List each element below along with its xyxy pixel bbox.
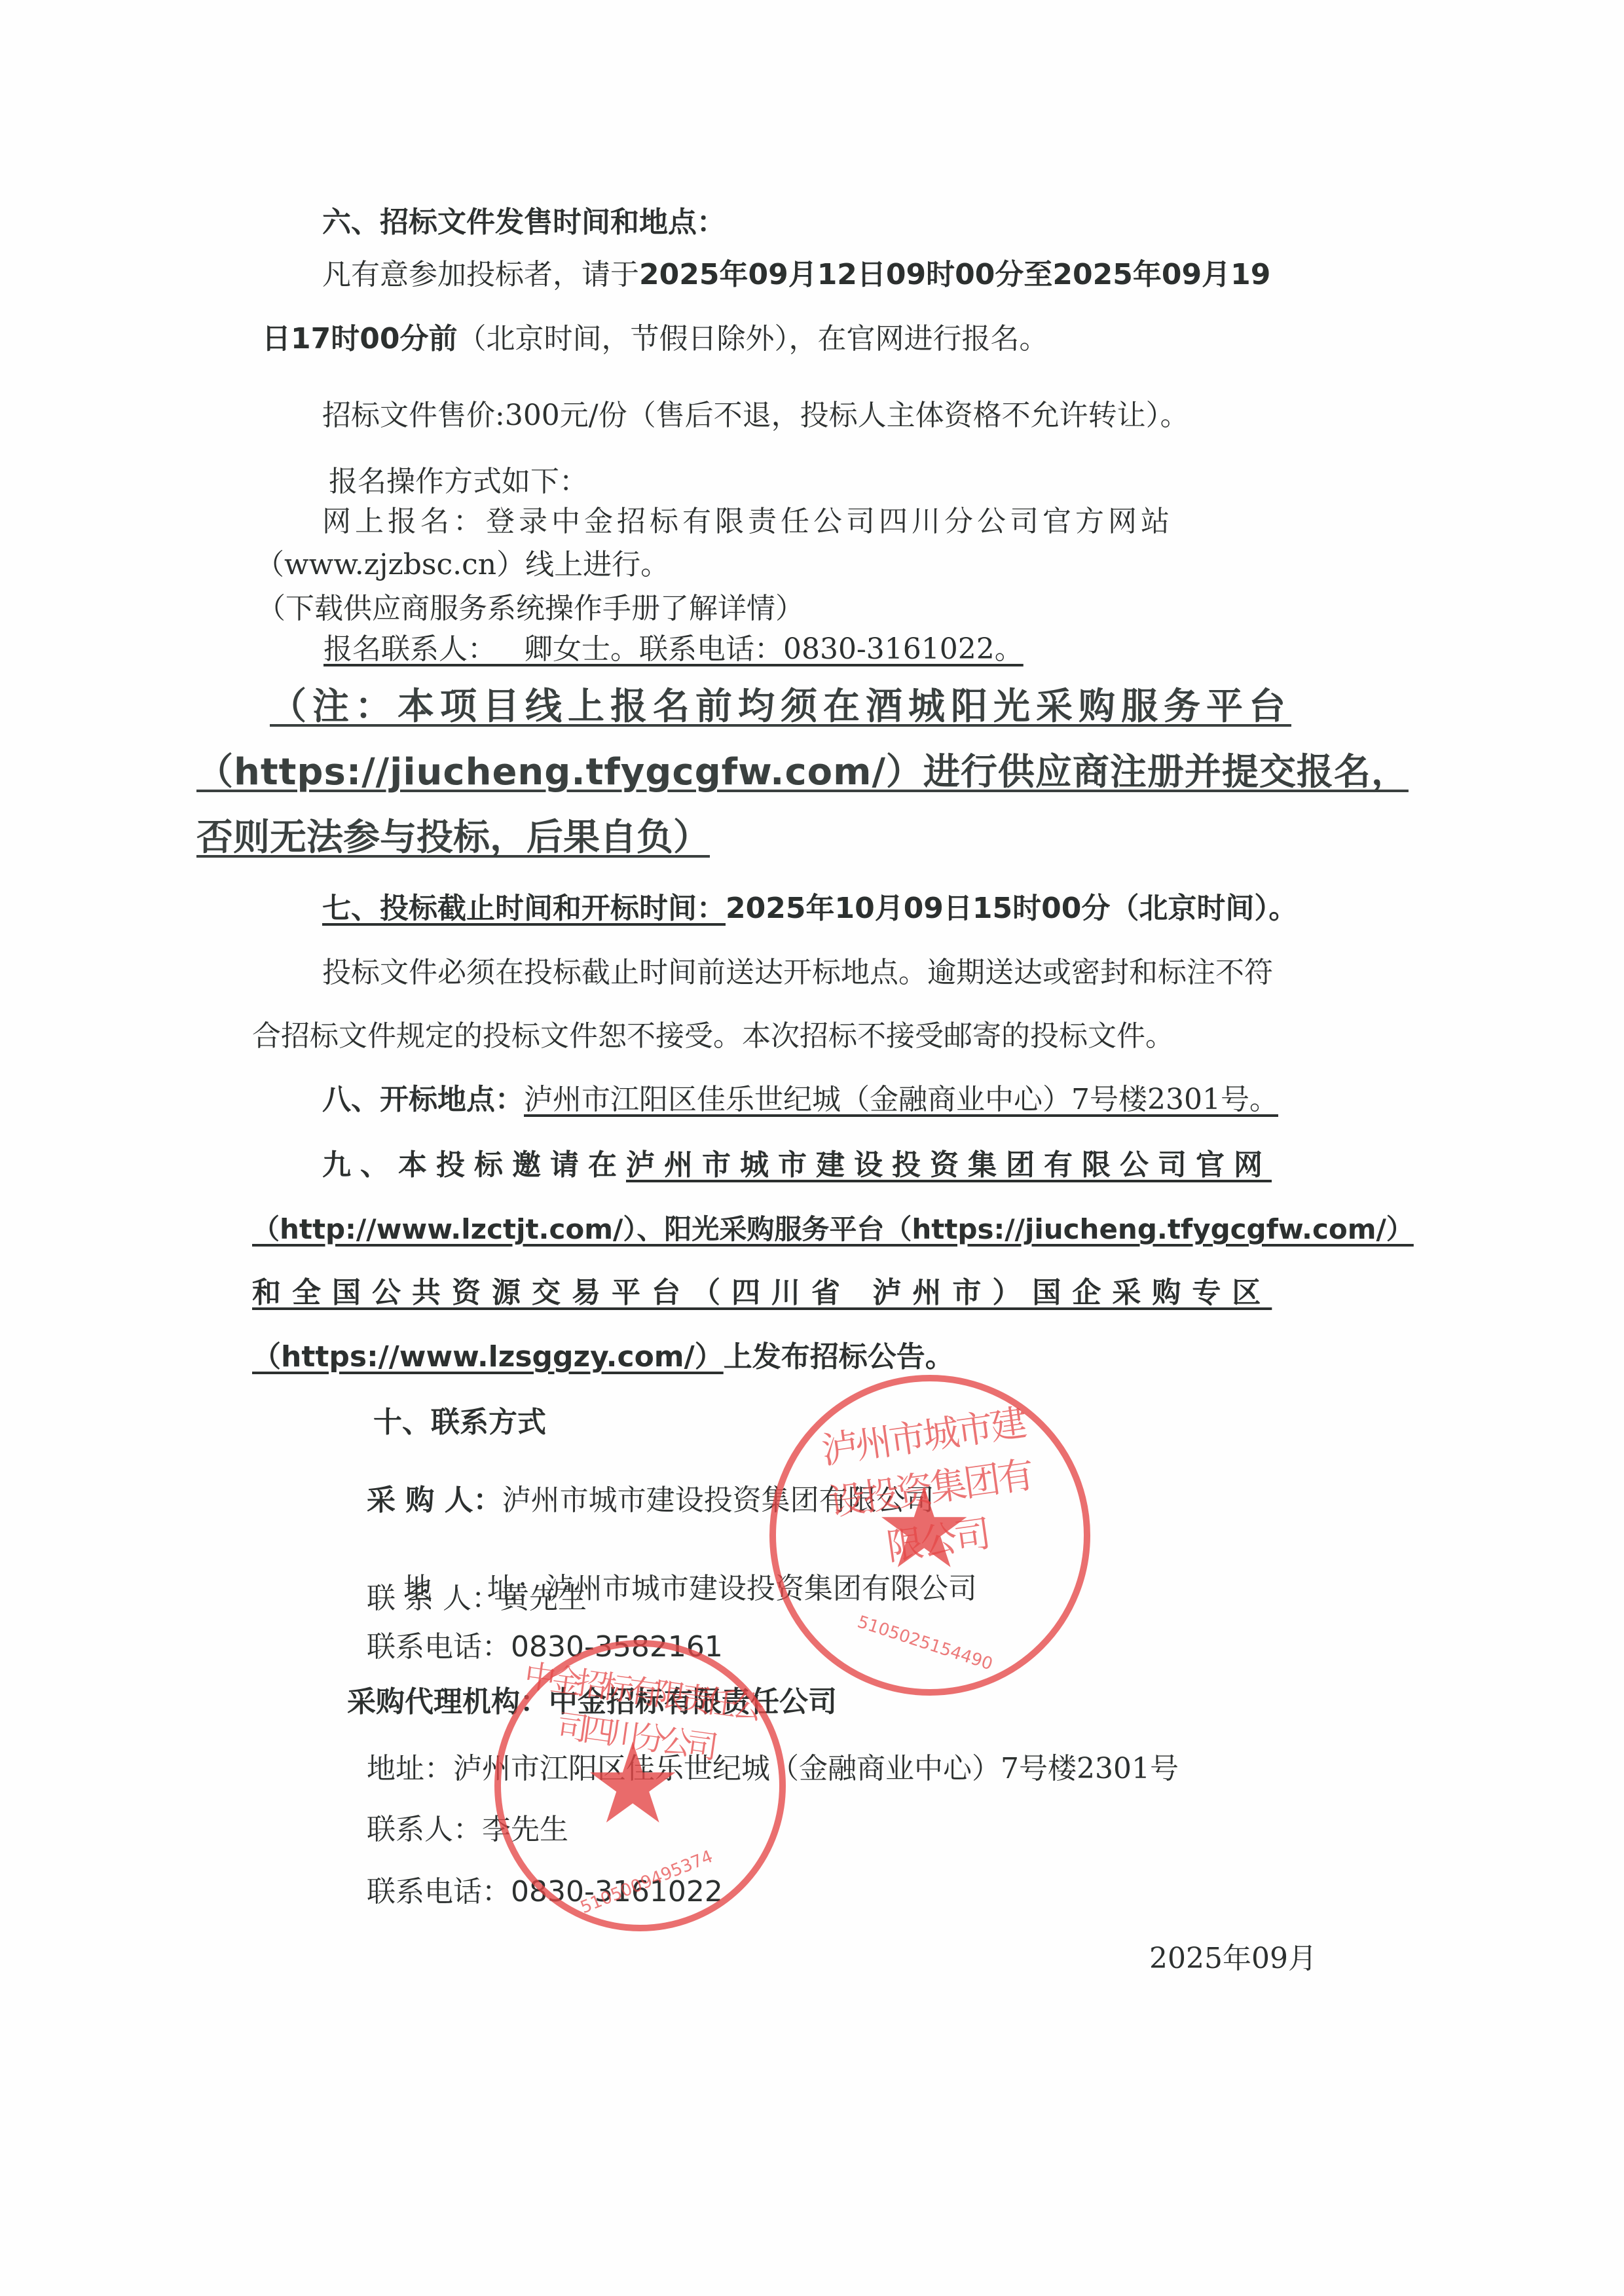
section7-para-line2: 合招标文件规定的投标文件恕不接受。本次招标不接受邮寄的投标文件。 bbox=[252, 1017, 1174, 1056]
agency-address-row: 地址：泸州市江阳区佳乐世纪城（金融商业中心）7号楼2301号 bbox=[367, 1749, 1179, 1789]
section8-heading: 八、开标地点： bbox=[322, 1083, 524, 1116]
purchaser-phone-label: 联系电话： bbox=[367, 1630, 511, 1664]
section6-para1-line1: 凡有意参加投标者，请于2025年09月12日09时00分至2025年09月19 bbox=[322, 255, 1270, 295]
section6-para1-prefix: 凡有意参加投标者，请于 bbox=[322, 258, 639, 291]
agency-contact-value: 李先生 bbox=[482, 1813, 568, 1846]
section8-address: 泸州市江阳区佳乐世纪城（金融商业中心）7号楼2301号。 bbox=[524, 1083, 1278, 1116]
section6-sale-start: 2025年09月12日09时00分至2025年09月19 bbox=[639, 258, 1270, 291]
note-line3: 否则无法参与投标，后果自负） bbox=[196, 818, 710, 858]
section7-para-line1: 投标文件必须在投标截止时间前送达开标地点。逾期送达或密封和标注不符 bbox=[322, 953, 1273, 993]
section6-heading: 六、招标文件发售时间和地点： bbox=[322, 203, 726, 242]
section6-method-title: 报名操作方式如下： bbox=[329, 462, 588, 501]
section6-online-line2: （www.zjzbsc.cn）线上进行。 bbox=[255, 545, 669, 585]
section6-sale-end: 日17时00分前 bbox=[262, 322, 457, 355]
section9-line2[interactable]: （http://www.lzctjt.com/）、阳光采购服务平台（https:… bbox=[252, 1210, 1414, 1249]
section6-contact-label: 报名联系人： bbox=[323, 632, 496, 666]
purchaser-contact-label: 联 系 人： bbox=[367, 1582, 500, 1615]
agency-phone-row: 联系电话：0830-3161022 bbox=[367, 1872, 723, 1912]
purchaser-phone-value: 0830-3582161 bbox=[511, 1630, 723, 1664]
section8-line: 八、开标地点：泸州市江阳区佳乐世纪城（金融商业中心）7号楼2301号。 bbox=[322, 1080, 1278, 1120]
section9-line1: 九、本投标邀请在泸州市城市建设投资集团有限公司官网 bbox=[322, 1146, 1272, 1185]
purchaser-phone-row: 联系电话：0830-3582161 bbox=[367, 1628, 723, 1667]
section9-line3[interactable]: 和全国公共资源交易平台（四川省 泸州市）国企采购专区 bbox=[252, 1273, 1272, 1313]
agency-contact-label: 联系人： bbox=[367, 1813, 482, 1846]
note-line2: （https://jiucheng.tfygcgfw.com/）进行供应商注册并… bbox=[196, 753, 1409, 792]
section9-line4: （https://www.lzsggzy.com/）上发布招标公告。 bbox=[252, 1338, 954, 1377]
purchaser-label: 采 购 人： bbox=[367, 1484, 502, 1517]
agency-label: 采购代理机构： bbox=[347, 1685, 549, 1719]
purchaser-row: 采 购 人：泸州市城市建设投资集团有限公司 bbox=[367, 1481, 934, 1520]
agency-row: 采购代理机构：中金招标有限责任公司 bbox=[347, 1683, 837, 1722]
agency-address-value: 泸州市江阳区佳乐世纪城（金融商业中心）7号楼2301号 bbox=[453, 1752, 1179, 1785]
note-line1: （注：本项目线上报名前均须在酒城阳光采购服务平台 bbox=[270, 687, 1291, 727]
section6-contact-value: 卿女士。联系电话：0830-3161022。 bbox=[496, 632, 1024, 666]
agency-address-label: 地址： bbox=[367, 1752, 453, 1785]
purchaser-contact-value: 黄先生 bbox=[500, 1582, 587, 1615]
section6-online-line1: 网上报名：登录中金招标有限责任公司四川分公司官方网站 bbox=[322, 502, 1390, 541]
purchaser-value: 泸州市城市建设投资集团有限公司 bbox=[502, 1484, 934, 1517]
section7-heading: 七、投标截止时间和开标时间： bbox=[322, 892, 726, 925]
purchaser-contact-row: 联 系 人：黄先生 bbox=[367, 1579, 587, 1618]
section9-prefix: 九、本投标邀请在 bbox=[322, 1148, 626, 1182]
section9-official-site-link[interactable]: 泸州市城市建设投资集团有限公司官网 bbox=[626, 1148, 1272, 1182]
document-date: 2025年09月 bbox=[1149, 1939, 1317, 1978]
agency-contact-row: 联系人：李先生 bbox=[367, 1810, 568, 1850]
agency-phone-label: 联系电话： bbox=[367, 1875, 511, 1908]
section7-heading-line: 七、投标截止时间和开标时间：2025年10月09日15时00分（北京时间）。 bbox=[322, 889, 1297, 928]
section6-contact: 报名联系人： 卿女士。联系电话：0830-3161022。 bbox=[323, 630, 1024, 669]
section6-sale-note: （北京时间，节假日除外），在官网进行报名。 bbox=[457, 322, 1048, 355]
section6-manual: （下载供应商服务系统操作手册了解详情） bbox=[257, 589, 804, 629]
agency-value: 中金招标有限责任公司 bbox=[549, 1685, 837, 1719]
agency-phone-value: 0830-3161022 bbox=[511, 1875, 723, 1908]
section6-para1-line2: 日17时00分前（北京时间，节假日除外），在官网进行报名。 bbox=[262, 319, 1048, 359]
section10-heading: 十、联系方式 bbox=[373, 1403, 546, 1442]
section9-lzsggzy-link[interactable]: （https://www.lzsggzy.com/） bbox=[252, 1340, 724, 1374]
purchaser-address-value: 泸州市城市建设投资集团有限公司 bbox=[545, 1572, 977, 1605]
section9-line4-rest: 上发布招标公告。 bbox=[724, 1340, 954, 1374]
section7-datetime: 2025年10月09日15时00分（北京时间）。 bbox=[726, 892, 1297, 925]
document-page: 六、招标文件发售时间和地点： 凡有意参加投标者，请于2025年09月12日09时… bbox=[0, 0, 1624, 2296]
section6-price: 招标文件售价:300元/份（售后不退，投标人主体资格不允许转让）。 bbox=[322, 396, 1189, 435]
